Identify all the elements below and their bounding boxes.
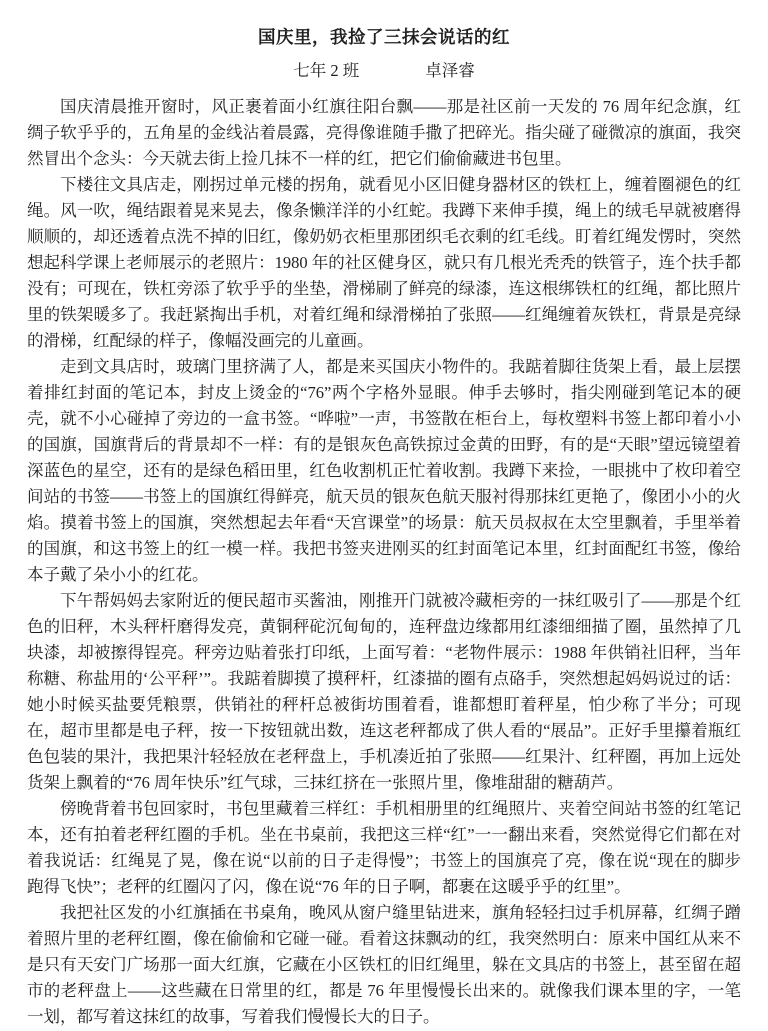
paragraph-6: 我把社区发的小红旗插在书桌角，晚风从窗户缝里钻进来，旗角轻轻扫过手机屏幕，红绸子… <box>27 900 741 1030</box>
paragraph-5: 傍晚背着书包回家时，书包里藏着三样红：手机相册里的红绳照片、夹着空间站书签的红笔… <box>27 796 741 900</box>
paragraph-1: 国庆清晨推开窗时，风正裹着面小红旗往阳台飘——那是社区前一天发的 76 周年纪念… <box>27 94 741 172</box>
paragraph-2: 下楼往文具店走，刚拐过单元楼的拐角，就看见小区旧健身器材区的铁杠上，缠着圈褪色的… <box>27 172 741 354</box>
byline-class: 七年 2 班 <box>293 61 359 80</box>
paragraph-4: 下午帮妈妈去家附近的便民超市买酱油，刚推开门就被冷藏柜旁的一抹红吸引了——那是个… <box>27 588 741 796</box>
byline-author: 卓泽睿 <box>425 61 475 80</box>
paragraph-3: 走到文具店时，玻璃门里挤满了人，都是来买国庆小物件的。我踮着脚往货架上看，最上层… <box>27 354 741 588</box>
essay-body: 国庆清晨推开窗时，风正裹着面小红旗往阳台飘——那是社区前一天发的 76 周年纪念… <box>27 94 741 1030</box>
essay-title: 国庆里，我捡了三抹会说话的红 <box>27 24 741 50</box>
document-page: 国庆里，我捡了三抹会说话的红 七年 2 班卓泽睿 国庆清晨推开窗时，风正裹着面小… <box>0 0 768 1031</box>
byline: 七年 2 班卓泽睿 <box>27 58 741 84</box>
